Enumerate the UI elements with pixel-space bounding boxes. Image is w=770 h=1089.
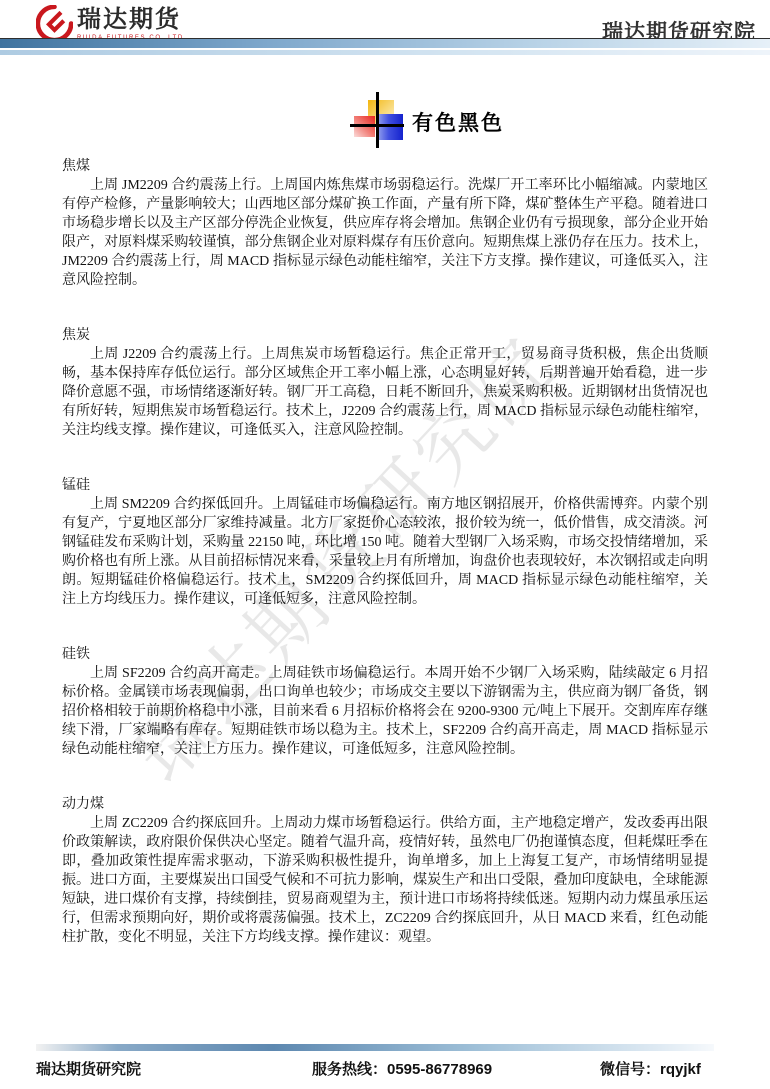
section-body: 上周 JM2209 合约震荡上行。上周国内炼焦煤市场弱稳运行。洗煤厂开工率环比小… [62, 176, 708, 290]
section-body: 上周 SM2209 合约探低回升。上周锰硅市场偏稳运行。南方地区钢招展开，价格供… [62, 495, 708, 609]
cross-vertical-line [376, 92, 379, 148]
report-title-row: 有色黑色 [352, 98, 504, 146]
section-silicomanganese: 锰硅 上周 SM2209 合约探低回升。上周锰硅市场偏稳运行。南方地区钢招展开，… [62, 476, 708, 609]
logo-title: 瑞达期货 [77, 8, 187, 32]
footer-institute: 瑞达期货研究院 [36, 1058, 312, 1079]
report-content: 焦煤 上周 JM2209 合约震荡上行。上周国内炼焦煤市场弱稳运行。洗煤厂开工率… [62, 157, 708, 947]
section-ferrosilicon: 硅铁 上周 SF2209 合约高开高走。上周硅铁市场偏稳运行。本周开始不少钢厂入… [62, 645, 708, 759]
blue-square [377, 114, 403, 140]
section-heading: 焦炭 [62, 326, 708, 345]
section-body: 上周 ZC2209 合约探底回升。上周动力煤市场暂稳运行。供给方面，主产地稳定增… [62, 814, 708, 947]
report-title: 有色黑色 [412, 107, 504, 137]
cross-horizontal-line [350, 124, 404, 127]
page-footer: 瑞达期货研究院 服务热线：0595-86778969 微信号：rqyjkf [36, 1058, 736, 1079]
section-coke: 焦炭 上周 J2209 合约震荡上行。上周焦炭市场暂稳运行。焦企正常开工，贸易商… [62, 326, 708, 440]
section-body: 上周 J2209 合约震荡上行。上周焦炭市场暂稳运行。焦企正常开工，贸易商寻货积… [62, 345, 708, 440]
header-gradient-bar [0, 39, 770, 48]
section-body: 上周 SF2209 合约高开高走。上周硅铁市场偏稳运行。本周开始不少钢厂入场采购… [62, 664, 708, 759]
ruida-logo-icon [36, 5, 73, 42]
section-heading: 硅铁 [62, 645, 708, 664]
section-coking-coal: 焦煤 上周 JM2209 合约震荡上行。上周国内炼焦煤市场弱稳运行。洗煤厂开工率… [62, 157, 708, 290]
company-logo: 瑞达期货 RUIDA FUTURES CO.,LTD. [36, 5, 187, 42]
section-heading: 动力煤 [62, 795, 708, 814]
header-gradient-bar-secondary [0, 50, 770, 55]
color-squares-icon [352, 98, 404, 146]
footer-gradient-bar [36, 1044, 714, 1051]
footer-wechat: 微信号：rqyjkf [600, 1058, 736, 1079]
footer-hotline: 服务热线：0595-86778969 [312, 1058, 600, 1079]
section-heading: 锰硅 [62, 476, 708, 495]
section-thermal-coal: 动力煤 上周 ZC2209 合约探底回升。上周动力煤市场暂稳运行。供给方面，主产… [62, 795, 708, 947]
logo-text-block: 瑞达期货 RUIDA FUTURES CO.,LTD. [77, 5, 187, 41]
section-heading: 焦煤 [62, 157, 708, 176]
